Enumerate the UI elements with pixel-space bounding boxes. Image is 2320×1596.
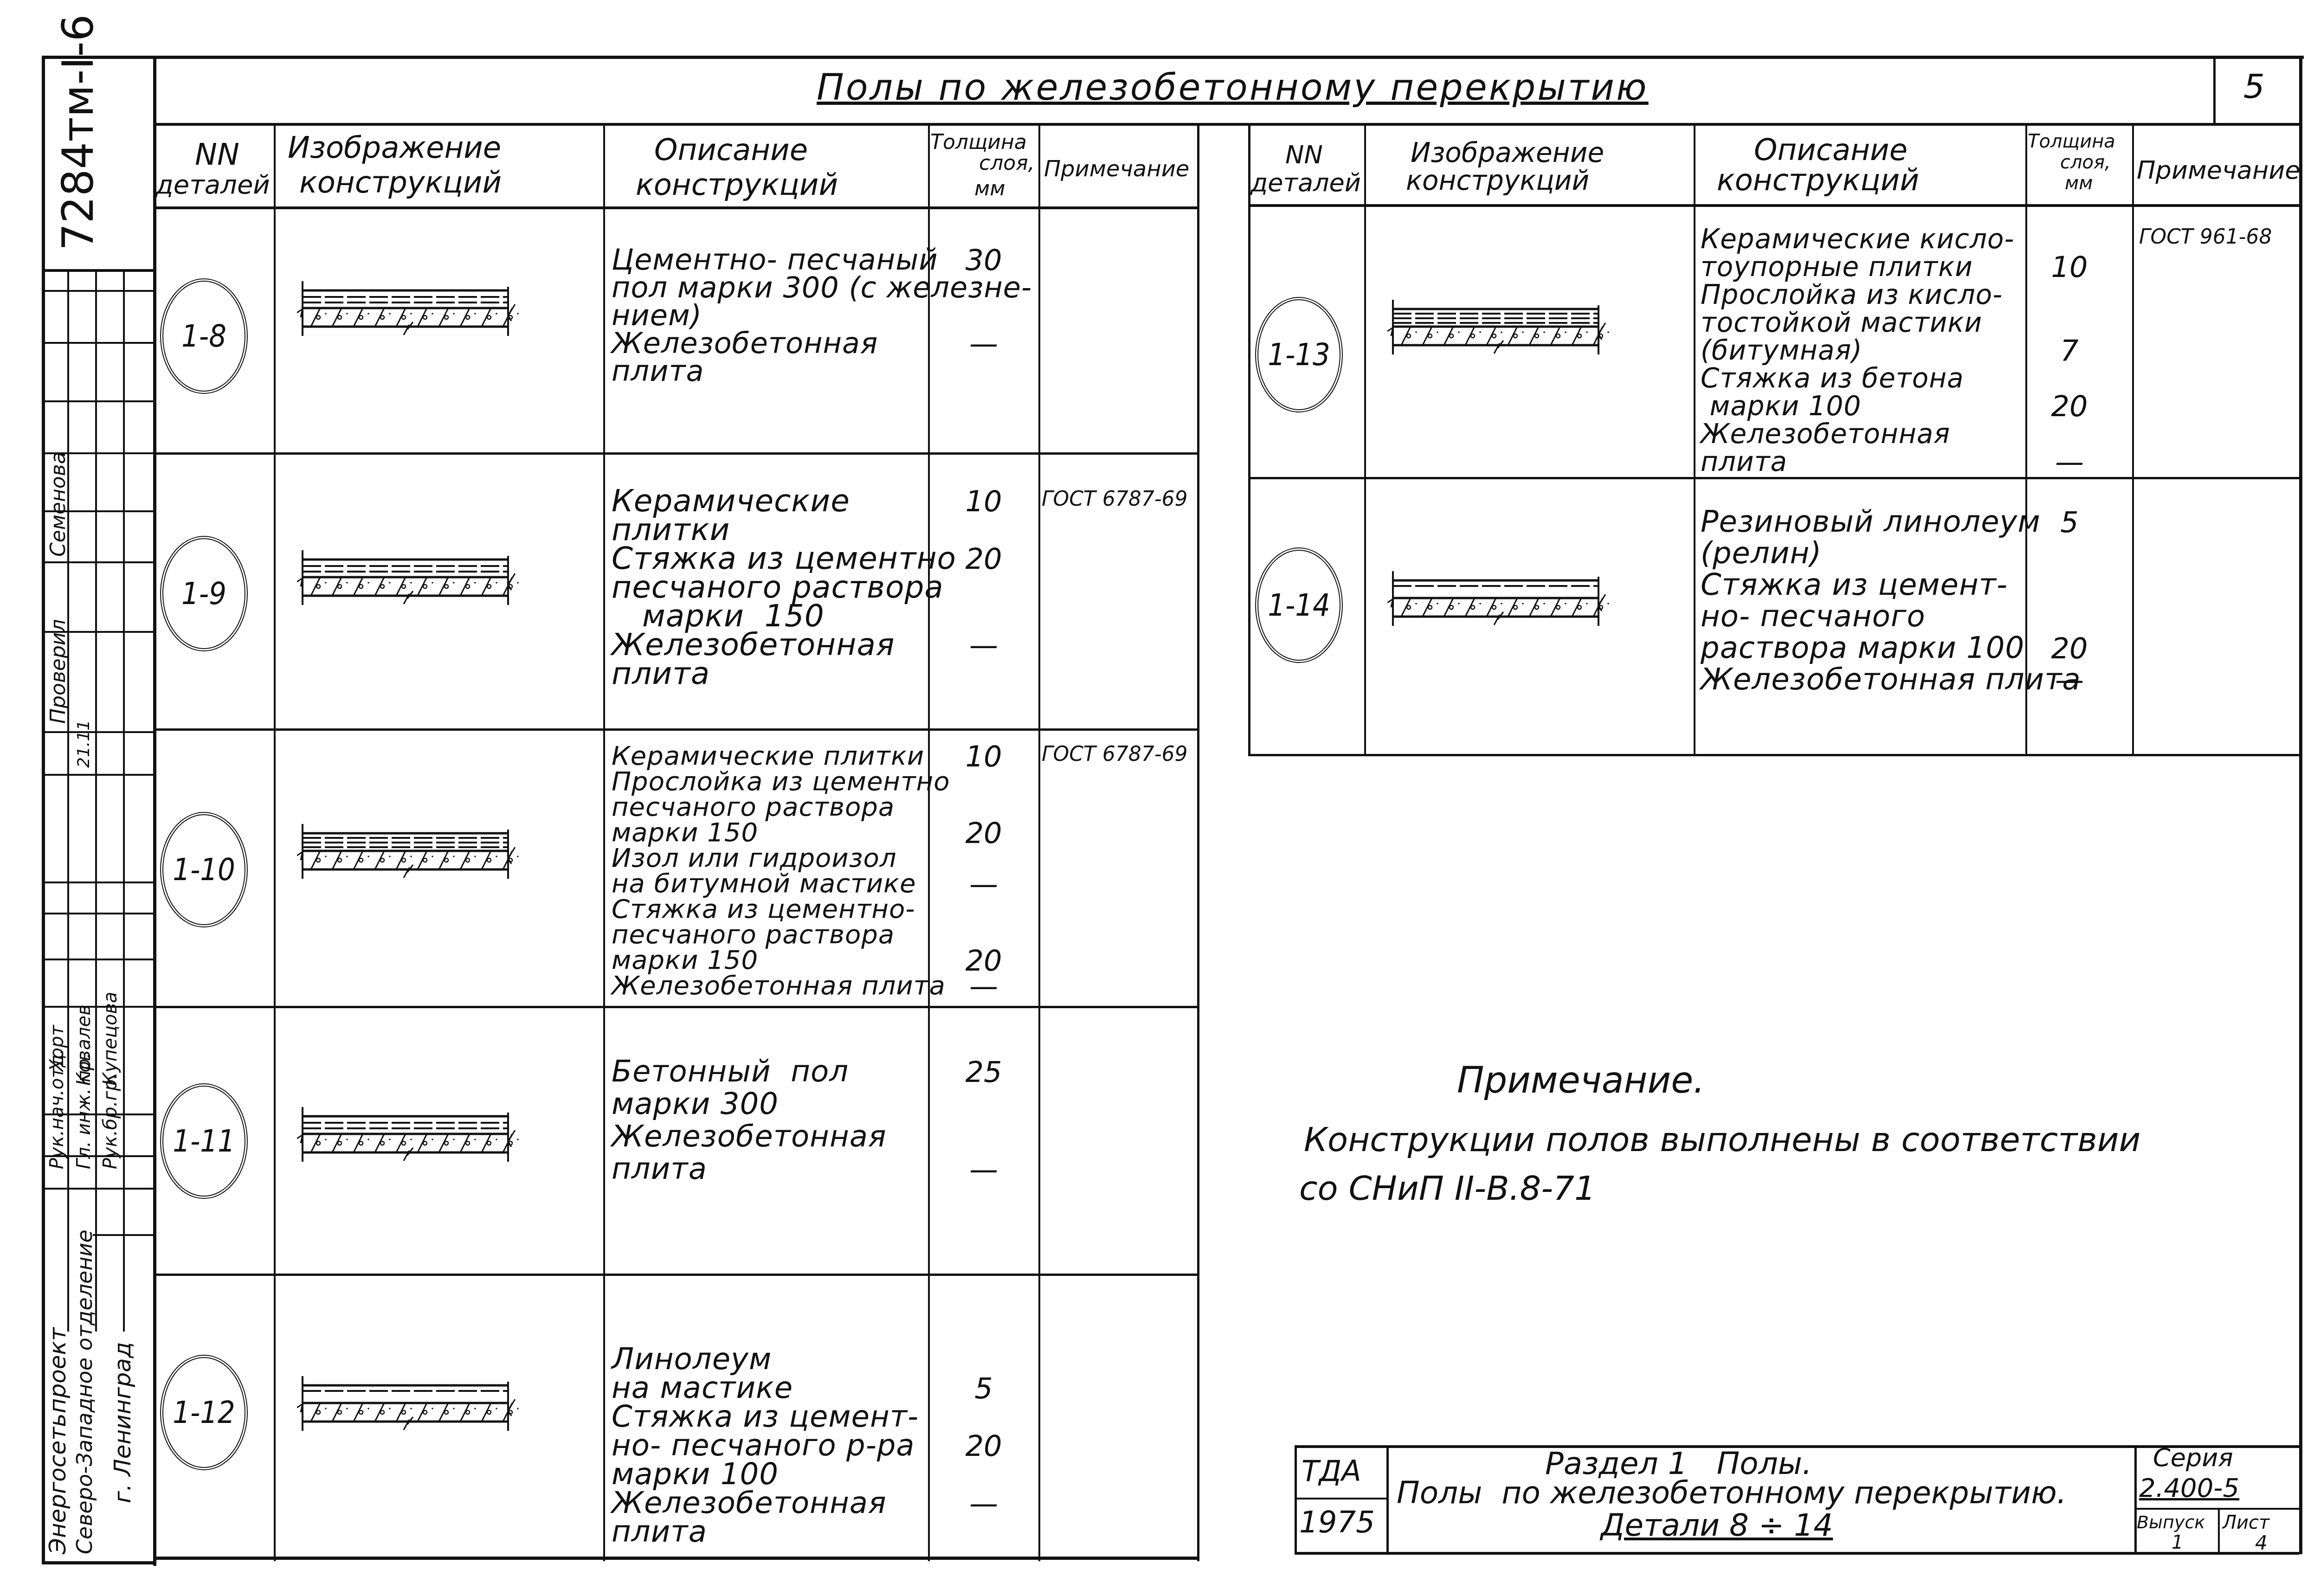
detail-number-badge: 1-9: [160, 536, 248, 651]
thickness-value: —: [951, 1155, 1016, 1184]
description-line: Железобетонная: [612, 329, 878, 357]
description-line: Стяжка из цементно: [612, 545, 956, 573]
thickness-value: —: [951, 972, 1016, 1001]
thickness-value: 5: [951, 1374, 1016, 1403]
description-line: но- песчаного р-ра: [612, 1432, 915, 1460]
stamp-role-3: Рук.бр.гр.: [100, 1073, 121, 1169]
thickness-value: 5: [2037, 508, 2102, 537]
series-label: Серия: [2153, 1445, 2233, 1470]
issue-value: 1: [2172, 1533, 2183, 1552]
description-line: но- песчаного: [1701, 603, 1926, 631]
description-line: Керамические плитки: [612, 742, 924, 770]
detail-number-badge: 1-12: [160, 1355, 248, 1470]
thickness-value: 7: [2037, 336, 2102, 365]
description-line: Изол или гидроизол: [612, 844, 896, 872]
floor-section-drawing: [297, 278, 515, 334]
row-note: ГОСТ 961-68: [2139, 227, 2272, 247]
stamp-checked-name: Семенова: [46, 451, 70, 557]
thickness-value: 10: [951, 742, 1016, 771]
description-line: песчаного раствора: [612, 921, 895, 949]
header-note-right: Примечание: [2137, 158, 2301, 183]
description-line: Железобетонная: [1701, 420, 1950, 448]
sheet-label: Лист: [2223, 1513, 2269, 1532]
description-line: песчаного раствора: [612, 573, 944, 601]
thickness-value: 25: [951, 1058, 1016, 1087]
thickness-value: —: [2037, 448, 2102, 476]
title-main: Полы по железобетонному перекрытию.: [1397, 1478, 2067, 1508]
description-line: Стяжка из цемент-: [612, 1403, 919, 1431]
description-line: Линолеум: [612, 1345, 772, 1373]
description-line: Прослойка из цементно: [612, 768, 950, 796]
description-line: тоупорные плитки: [1701, 253, 1973, 281]
stamp-org-2: Северо-Западное отделение: [72, 1229, 97, 1554]
description-line: плита: [612, 357, 704, 385]
thickness-value: 10: [2037, 253, 2102, 282]
sheet-value: 4: [2255, 1533, 2268, 1553]
description-line: Железобетонная: [612, 1489, 886, 1517]
page-number: 5: [2243, 70, 2265, 103]
floor-section-drawing: [297, 547, 515, 603]
detail-number-badge: 1-8: [160, 278, 248, 394]
thickness-value: 20: [951, 819, 1016, 848]
thickness-value: —: [2037, 666, 2102, 695]
description-line: марки 150: [612, 946, 758, 974]
description-line: марки 100: [1701, 392, 1861, 420]
description-line: нием): [612, 302, 702, 329]
description-line: Керамические кисло-: [1701, 225, 2014, 253]
description-line: тостойкой мастики: [1701, 309, 1982, 336]
stamp-date: 21.11: [74, 720, 93, 768]
description-line: Цементно- песчаный: [612, 246, 938, 274]
description-line: Железобетонная: [612, 631, 895, 659]
stamp-name-2: Ковалев: [73, 1004, 95, 1086]
detail-number-badge: 1-14: [1255, 547, 1343, 663]
stamp-org-1: Энергосетьпроект: [44, 1327, 71, 1554]
description-line: Железобетонная: [612, 1123, 886, 1151]
description-line: Керамические: [612, 487, 850, 515]
description-line: плитки: [612, 516, 730, 544]
description-line: (релин): [1701, 540, 1822, 567]
drawing-code: 7284тм-I-6: [53, 14, 103, 251]
description-line: марки 100: [612, 1461, 779, 1488]
description-line: на мастике: [612, 1374, 793, 1402]
header-note: Примечание: [1044, 158, 1189, 180]
floor-section-drawing: [297, 821, 515, 877]
description-line: Резиновый линолеум: [1701, 508, 2041, 536]
description-line: марки 300: [612, 1090, 779, 1118]
description-line: раствора марки 100: [1701, 634, 2024, 662]
row-note: ГОСТ 6787-69: [1042, 744, 1188, 765]
description-line: марки 150: [612, 602, 825, 630]
floor-section-drawing: [1387, 568, 1605, 624]
title-org-code: ТДА: [1302, 1457, 1361, 1486]
stamp-name-1: Хорт: [46, 1025, 68, 1072]
thickness-value: 30: [951, 246, 1016, 275]
series-value: 2.400-5: [2139, 1475, 2239, 1501]
detail-number-badge: 1-13: [1255, 297, 1343, 412]
description-line: плита: [612, 1518, 707, 1546]
description-line: плита: [612, 660, 710, 688]
thickness-value: 10: [951, 487, 1016, 516]
description-line: Железобетонная плита: [612, 972, 946, 1000]
row-note: ГОСТ 6787-69: [1042, 489, 1188, 509]
description-line: плита: [612, 1155, 707, 1183]
floor-section-drawing: [1387, 297, 1605, 353]
detail-number-badge: 1-11: [160, 1083, 248, 1199]
thickness-value: 20: [2037, 634, 2102, 663]
description-line: Бетонный пол: [612, 1058, 849, 1086]
stamp-name-3: Купецова: [100, 991, 121, 1086]
thickness-value: 20: [951, 545, 1016, 573]
description-line: пол марки 300 (с железне-: [612, 274, 1032, 302]
description-line: Железобетонная плита: [1701, 666, 2081, 694]
floor-section-drawing: [297, 1104, 515, 1160]
description-line: на битумной мастике: [612, 870, 916, 898]
title-year: 1975: [1299, 1508, 1375, 1538]
description-line: Стяжка из цемент-: [1701, 571, 2008, 599]
description-line: Прослойка из кисло-: [1701, 281, 2003, 309]
description-line: Стяжка из бетона: [1701, 364, 1964, 392]
description-line: (битумная): [1701, 336, 1862, 364]
detail-number-badge: 1-10: [160, 812, 248, 927]
thickness-value: —: [951, 329, 1016, 358]
description-line: Стяжка из цементно-: [612, 895, 915, 923]
floor-section-drawing: [297, 1373, 515, 1429]
page-title: Полы по железобетонному перекрытию: [817, 70, 1649, 106]
thickness-value: —: [951, 631, 1016, 660]
stamp-org-3: г. Ленинград: [109, 1342, 136, 1503]
thickness-value: 20: [2037, 392, 2102, 421]
thickness-value: 20: [951, 1432, 1016, 1461]
remark-heading: Примечание.: [1457, 1062, 1705, 1099]
issue-label: Выпуск: [2137, 1513, 2205, 1531]
description-line: песчаного раствора: [612, 793, 895, 821]
remark-line-2: со СНиП II-В.8-71: [1299, 1171, 1596, 1205]
remark-line-1: Конструкции полов выполнены в соответств…: [1304, 1123, 2140, 1156]
description-line: плита: [1701, 448, 1787, 476]
stamp-checked-label: Проверил: [46, 619, 70, 724]
title-details: Детали 8 ÷ 14: [1601, 1510, 1833, 1541]
thickness-value: —: [951, 870, 1016, 899]
thickness-value: —: [951, 1489, 1016, 1518]
description-line: марки 150: [612, 819, 758, 847]
